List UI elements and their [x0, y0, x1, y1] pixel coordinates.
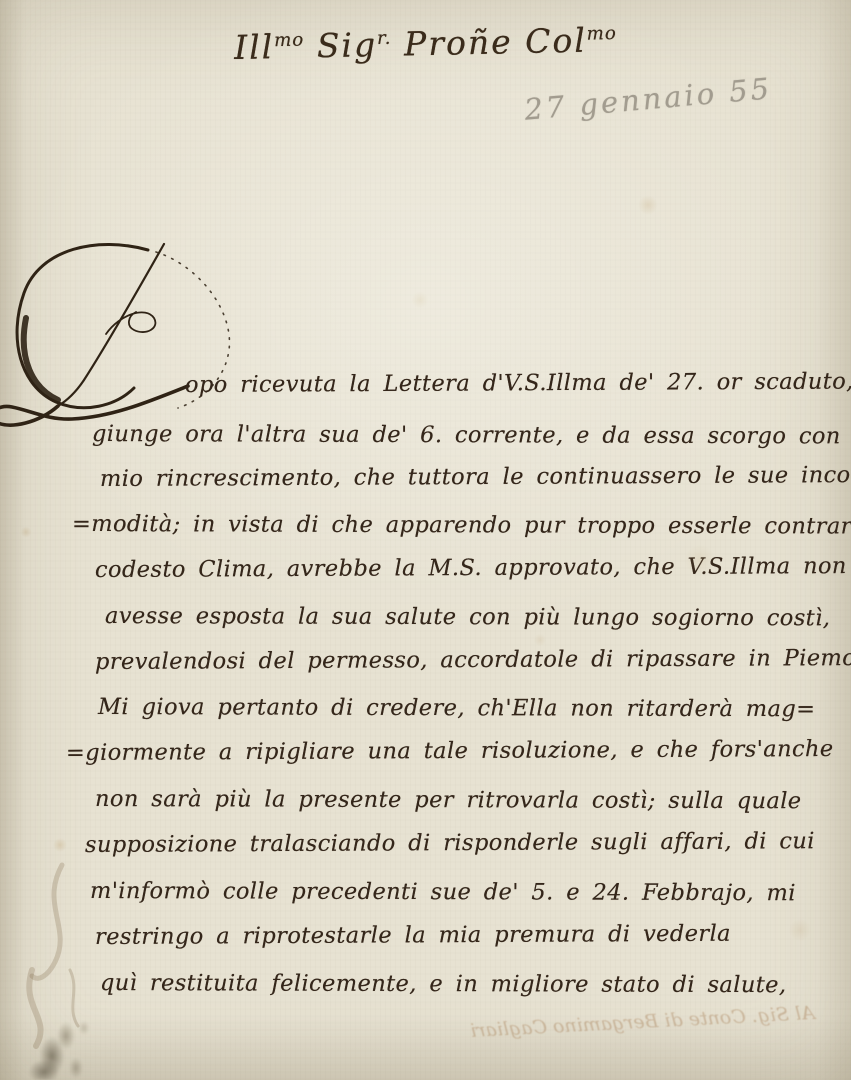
- letter-line: prevalendosi del permesso, accordatole d…: [95, 645, 851, 675]
- letter-line: =modità; in vista di che apparendo pur t…: [72, 511, 851, 540]
- letter-line: supposizione tralasciando di risponderle…: [85, 828, 815, 858]
- letter-line: quì restituita felicemente, e in miglior…: [100, 970, 787, 998]
- letter-line: =giormente a ripigliare una tale risoluz…: [66, 736, 834, 766]
- letter-line: codesto Clima, avrebbe la M.S. approvato…: [95, 553, 847, 583]
- letter-line: opo ricevuta la Lettera d'V.S.Illma de' …: [185, 368, 851, 398]
- letter-line: m'informò colle precedenti sue de' 5. e …: [90, 878, 796, 906]
- letter-line: giunge ora l'altra sua de' 6. corrente, …: [92, 421, 851, 450]
- letter-line: avesse esposta la sua salute con più lun…: [105, 603, 830, 631]
- letter-line: restringo a riprotestarle la mia premura…: [95, 921, 731, 950]
- ink-smudge: [14, 998, 124, 1080]
- letter-body: opo ricevuta la Lettera d'V.S.Illma de' …: [0, 0, 851, 1080]
- letter-line: mio rincrescimento, che tuttora le conti…: [100, 462, 851, 492]
- letter-line: non sarà più la presente per ritrovarla …: [95, 786, 802, 814]
- letter-line: Mi giova pertanto di credere, ch'Ella no…: [98, 694, 816, 722]
- manuscript-page: Illmo Sigr. Proñe Colmo 27 gennaio 55 D …: [0, 0, 851, 1080]
